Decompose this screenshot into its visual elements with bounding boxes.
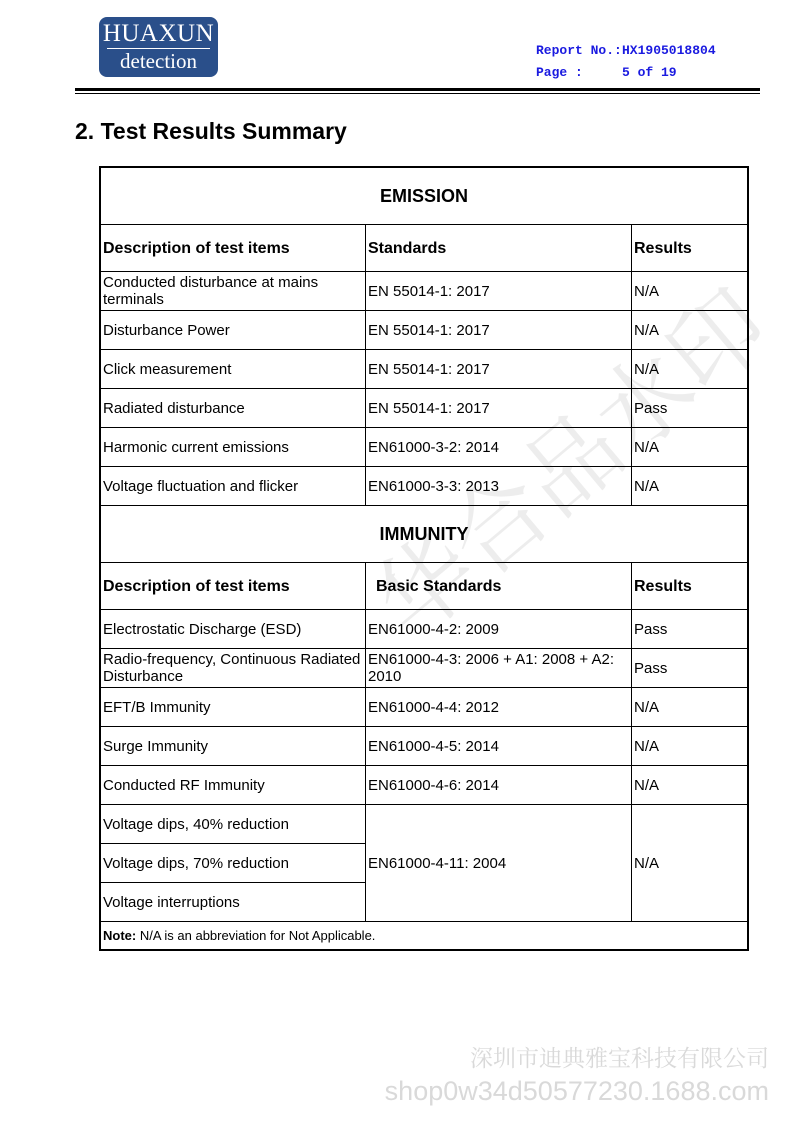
column-header: Results: [632, 225, 749, 272]
column-header: Description of test items: [100, 563, 366, 610]
test-item: Click measurement: [100, 350, 366, 389]
report-no-label: Report No.:: [536, 40, 622, 62]
section-heading: EMISSION: [100, 167, 748, 225]
result: Pass: [632, 610, 749, 649]
standard: EN61000-4-5: 2014: [366, 727, 632, 766]
test-item: Radiated disturbance: [100, 389, 366, 428]
result: N/A: [632, 467, 749, 506]
standard: EN 55014-1: 2017: [366, 350, 632, 389]
report-info: Report No.:HX1905018804 Page :5 of 19: [536, 40, 716, 84]
standard: EN 55014-1: 2017: [366, 311, 632, 350]
standard: EN61000-3-3: 2013: [366, 467, 632, 506]
section-heading-row: EMISSION: [100, 167, 748, 225]
result: N/A: [632, 350, 749, 389]
result: N/A: [632, 766, 749, 805]
table-row: EFT/B ImmunityEN61000-4-4: 2012N/A: [100, 688, 748, 727]
table-row: Electrostatic Discharge (ESD)EN61000-4-2…: [100, 610, 748, 649]
standard: EN 55014-1: 2017: [366, 389, 632, 428]
test-item: EFT/B Immunity: [100, 688, 366, 727]
page-number: 5 of 19: [622, 65, 677, 80]
table-row: Click measurementEN 55014-1: 2017N/A: [100, 350, 748, 389]
result: N/A: [632, 272, 749, 311]
result: N/A: [632, 688, 749, 727]
table-row: Radiated disturbanceEN 55014-1: 2017Pass: [100, 389, 748, 428]
logo-text: HUAXUN: [99, 20, 218, 48]
note: Note: N/A is an abbreviation for Not App…: [100, 922, 748, 951]
column-header: Standards: [366, 225, 632, 272]
test-item: Conducted disturbance at mains terminals: [100, 272, 366, 311]
result: N/A: [632, 805, 749, 922]
footer-url: shop0w34d50577230.1688.com: [385, 1076, 769, 1107]
test-item: Electrostatic Discharge (ESD): [100, 610, 366, 649]
column-header: Basic Standards: [366, 563, 632, 610]
column-header: Results: [632, 563, 749, 610]
header-rule: [75, 88, 760, 91]
standard: EN61000-4-3: 2006 + A1: 2008 + A2: 2010: [366, 649, 632, 688]
company-logo: HUAXUN detection: [99, 17, 218, 77]
test-item: Voltage interruptions: [100, 883, 366, 922]
header-rule-thin: [75, 93, 760, 94]
result: N/A: [632, 727, 749, 766]
note-label: Note:: [103, 928, 136, 943]
result: N/A: [632, 311, 749, 350]
note-row: Note: N/A is an abbreviation for Not App…: [100, 922, 748, 951]
footer-company: 深圳市迪典雅宝科技有限公司: [470, 1040, 769, 1073]
test-item: Radio-frequency, Continuous Radiated Dis…: [100, 649, 366, 688]
test-item: Voltage dips, 70% reduction: [100, 844, 366, 883]
standard: EN 55014-1: 2017: [366, 272, 632, 311]
test-item: Conducted RF Immunity: [100, 766, 366, 805]
table-row: Voltage fluctuation and flickerEN61000-3…: [100, 467, 748, 506]
standard: EN61000-4-2: 2009: [366, 610, 632, 649]
table-row: Radio-frequency, Continuous Radiated Dis…: [100, 649, 748, 688]
test-item: Disturbance Power: [100, 311, 366, 350]
section-heading-row: IMMUNITY: [100, 506, 748, 563]
page-label: Page :: [536, 62, 622, 84]
standard: EN61000-4-6: 2014: [366, 766, 632, 805]
result: Pass: [632, 649, 749, 688]
logo-subtext: detection: [99, 49, 218, 73]
table-row: Disturbance PowerEN 55014-1: 2017N/A: [100, 311, 748, 350]
column-header-row: Description of test itemsStandardsResult…: [100, 225, 748, 272]
standard: EN61000-4-4: 2012: [366, 688, 632, 727]
result: Pass: [632, 389, 749, 428]
table-row: Voltage dips, 40% reductionEN61000-4-11:…: [100, 805, 748, 844]
test-item: Harmonic current emissions: [100, 428, 366, 467]
test-item: Voltage dips, 40% reduction: [100, 805, 366, 844]
standard: EN61000-4-11: 2004: [366, 805, 632, 922]
table-row: Harmonic current emissionsEN61000-3-2: 2…: [100, 428, 748, 467]
standard: EN61000-3-2: 2014: [366, 428, 632, 467]
column-header-row: Description of test itemsBasic Standards…: [100, 563, 748, 610]
column-header: Description of test items: [100, 225, 366, 272]
test-item: Surge Immunity: [100, 727, 366, 766]
results-table: EMISSIONDescription of test itemsStandar…: [99, 166, 749, 951]
test-item: Voltage fluctuation and flicker: [100, 467, 366, 506]
report-no: HX1905018804: [622, 43, 716, 58]
table-row: Conducted RF ImmunityEN61000-4-6: 2014N/…: [100, 766, 748, 805]
note-text: N/A is an abbreviation for Not Applicabl…: [136, 928, 375, 943]
result: N/A: [632, 428, 749, 467]
table-row: Surge ImmunityEN61000-4-5: 2014N/A: [100, 727, 748, 766]
table-row: Conducted disturbance at mains terminals…: [100, 272, 748, 311]
section-title: 2. Test Results Summary: [75, 118, 347, 145]
section-heading: IMMUNITY: [100, 506, 748, 563]
